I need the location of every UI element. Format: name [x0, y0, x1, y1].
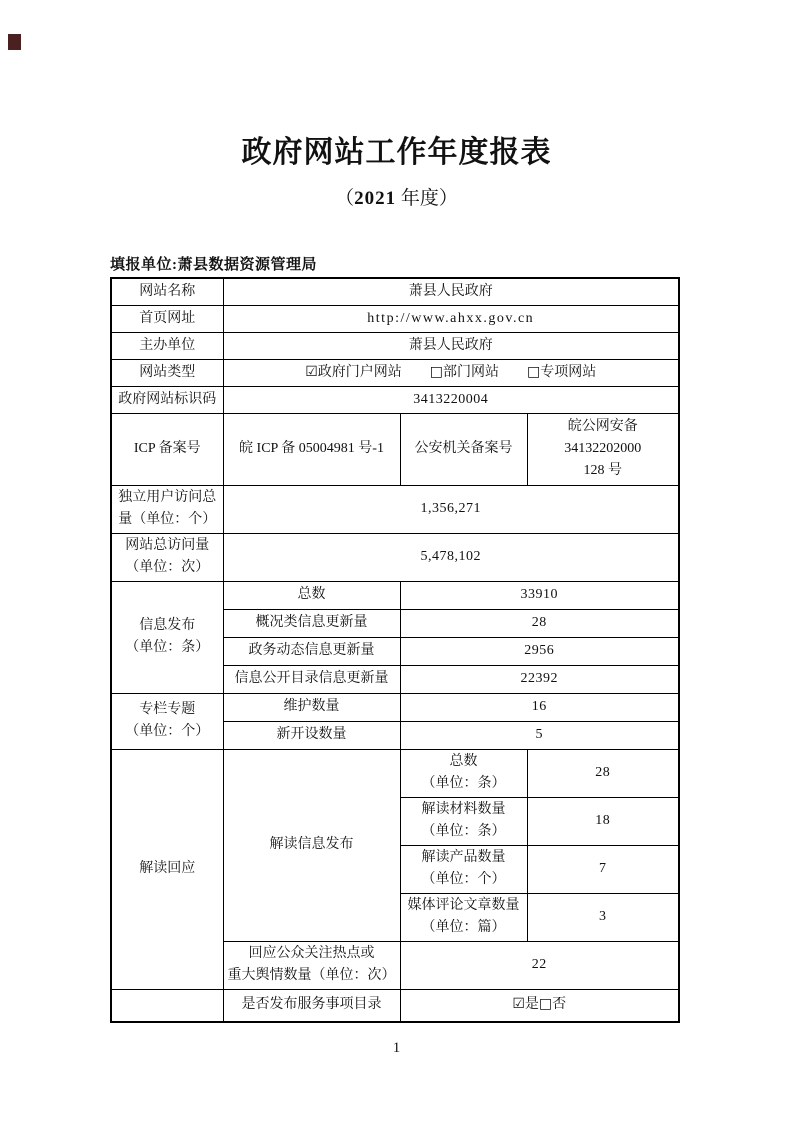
checkbox-unchecked-icon: □ — [539, 996, 552, 1012]
reporting-unit-line: 填报单位:萧县数据资源管理局 — [110, 253, 317, 274]
table-row: 信息发布 （单位：条） 总数 33910 — [111, 581, 679, 609]
site-type-options: ☑政府门户网站□部门网站□专项网站 — [223, 359, 679, 386]
info-dynamic-value: 2956 — [400, 637, 679, 665]
table-row: 专栏专题 （单位：个） 维护数量 16 — [111, 693, 679, 721]
subtitle-year: 2021 — [354, 188, 396, 209]
interpret-media-label: 媒体评论文章数量 （单位：篇） — [400, 893, 527, 941]
interpret-media-value: 3 — [527, 893, 679, 941]
interpret-product-label: 解读产品数量 （单位：个） — [400, 845, 527, 893]
service-catalog-label: 是否发布服务事项目录 — [223, 989, 400, 1022]
document-title: 政府网站工作年度报表 — [0, 127, 793, 171]
document-subtitle: （2021 年度） — [0, 183, 793, 210]
table-row: 网站类型 ☑政府门户网站□部门网站□专项网站 — [111, 359, 679, 386]
checkbox-checked-icon: ☑ — [305, 364, 318, 380]
annual-report-table: 网站名称 萧县人民政府 首页网址 http://www.ahxx.gov.cn … — [110, 277, 680, 1023]
option-label: 部门网站 — [443, 365, 499, 380]
service-catalog-value: ☑是□否 — [400, 989, 679, 1022]
table-row: 是否发布服务事项目录 ☑是□否 — [111, 989, 679, 1022]
service-no-label: 否 — [552, 997, 566, 1012]
info-catalog-value: 22392 — [400, 665, 679, 693]
site-name-value: 萧县人民政府 — [223, 278, 679, 305]
option-label: 政府门户网站 — [318, 365, 402, 380]
site-code-value: 3413220004 — [223, 386, 679, 413]
scan-artifact-mark — [8, 34, 21, 50]
service-yes-label: 是 — [525, 997, 539, 1012]
interpret-product-value: 7 — [527, 845, 679, 893]
option-label: 专项网站 — [540, 365, 596, 380]
info-dynamic-label: 政务动态信息更新量 — [223, 637, 400, 665]
site-type-option-special: □专项网站 — [527, 365, 596, 380]
unique-visitors-label: 独立用户访问总 量（单位：个） — [111, 485, 223, 533]
sponsor-value: 萧县人民政府 — [223, 332, 679, 359]
table-row: 网站总访问量 （单位：次） 5,478,102 — [111, 533, 679, 581]
checkbox-unchecked-icon: □ — [527, 364, 540, 380]
police-record-label: 公安机关备案号 — [400, 413, 527, 485]
sponsor-label: 主办单位 — [111, 332, 223, 359]
table-row: 首页网址 http://www.ahxx.gov.cn — [111, 305, 679, 332]
total-visits-value: 5,478,102 — [223, 533, 679, 581]
home-url-value: http://www.ahxx.gov.cn — [223, 305, 679, 332]
subtitle-rest: 年度） — [396, 188, 458, 209]
interpret-response-label: 解读回应 — [111, 749, 223, 989]
empty-cell — [111, 989, 223, 1022]
column-maintain-value: 16 — [400, 693, 679, 721]
subtitle-paren-open: （ — [335, 188, 354, 209]
column-new-label: 新开设数量 — [223, 721, 400, 749]
police-record-value: 皖公网安备 34132202000 128 号 — [527, 413, 679, 485]
interpret-material-label: 解读材料数量 （单位：条） — [400, 797, 527, 845]
table-row: 政府网站标识码 3413220004 — [111, 386, 679, 413]
unique-visitors-value: 1,356,271 — [223, 485, 679, 533]
site-type-label: 网站类型 — [111, 359, 223, 386]
table-row: 主办单位 萧县人民政府 — [111, 332, 679, 359]
page-number: 1 — [0, 1040, 793, 1057]
icp-label: ICP 备案号 — [111, 413, 223, 485]
icp-value: 皖 ICP 备 05004981 号-1 — [223, 413, 400, 485]
site-code-label: 政府网站标识码 — [111, 386, 223, 413]
checkbox-checked-icon: ☑ — [512, 996, 525, 1012]
table-row: 网站名称 萧县人民政府 — [111, 278, 679, 305]
info-overview-label: 概况类信息更新量 — [223, 609, 400, 637]
interpret-total-value: 28 — [527, 749, 679, 797]
column-maintain-label: 维护数量 — [223, 693, 400, 721]
table-row: 独立用户访问总 量（单位：个） 1,356,271 — [111, 485, 679, 533]
total-visits-label: 网站总访问量 （单位：次） — [111, 533, 223, 581]
document-page: 政府网站工作年度报表 （2021 年度） 填报单位:萧县数据资源管理局 网站名称… — [0, 0, 793, 1122]
interpret-total-label: 总数 （单位：条） — [400, 749, 527, 797]
column-topic-label: 专栏专题 （单位：个） — [111, 693, 223, 749]
info-overview-value: 28 — [400, 609, 679, 637]
interpret-material-value: 18 — [527, 797, 679, 845]
info-publish-label: 信息发布 （单位：条） — [111, 581, 223, 693]
checkbox-unchecked-icon: □ — [430, 364, 443, 380]
site-type-option-department: □部门网站 — [430, 365, 499, 380]
site-type-option-portal: ☑政府门户网站 — [305, 365, 402, 380]
info-total-label: 总数 — [223, 581, 400, 609]
public-response-label: 回应公众关注热点或 重大舆情数量（单位：次） — [223, 941, 400, 989]
table-row: 解读回应 解读信息发布 总数 （单位：条） 28 — [111, 749, 679, 797]
column-new-value: 5 — [400, 721, 679, 749]
interpret-publish-label: 解读信息发布 — [223, 749, 400, 941]
table-row: ICP 备案号 皖 ICP 备 05004981 号-1 公安机关备案号 皖公网… — [111, 413, 679, 485]
home-url-label: 首页网址 — [111, 305, 223, 332]
info-total-value: 33910 — [400, 581, 679, 609]
public-response-value: 22 — [400, 941, 679, 989]
info-catalog-label: 信息公开目录信息更新量 — [223, 665, 400, 693]
site-name-label: 网站名称 — [111, 278, 223, 305]
